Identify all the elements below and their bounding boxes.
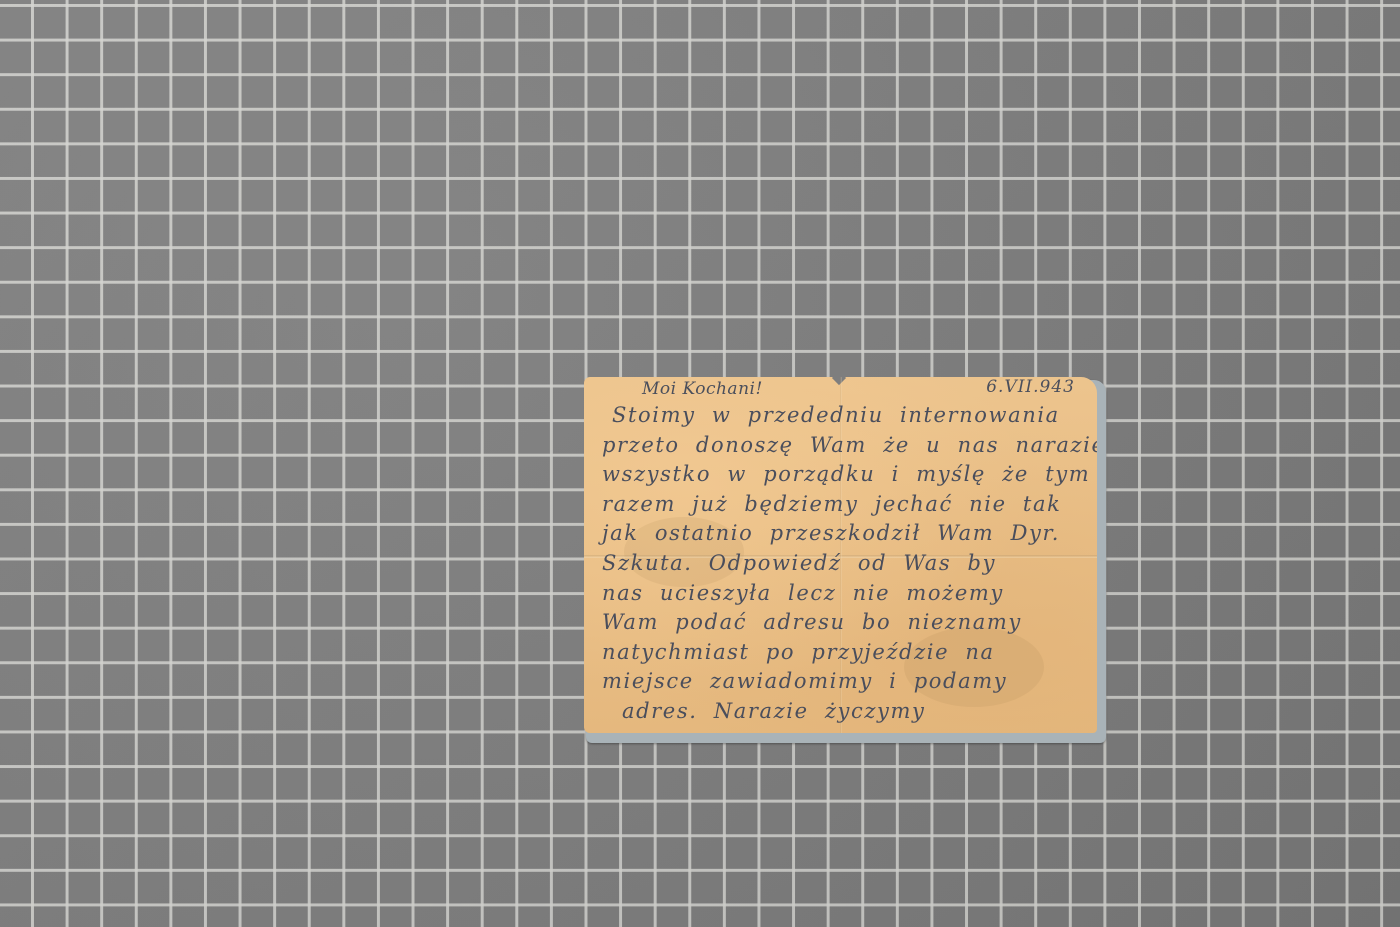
- letter-date: 6.VII.943: [986, 377, 1075, 397]
- handwritten-body: Stoimy w przededniu internowania przeto …: [602, 401, 1082, 727]
- postcard: Moi Kochani! 6.VII.943 Stoimy w przededn…: [584, 377, 1097, 733]
- postcard-top-notch: [832, 377, 846, 385]
- handwritten-line: przeto donoszę Wam że u nas narazie: [602, 431, 1082, 461]
- handwritten-line: miejsce zawiadomimy i podamy: [602, 667, 1082, 697]
- handwritten-line: Stoimy w przededniu internowania: [602, 401, 1082, 431]
- salutation: Moi Kochani!: [642, 379, 763, 399]
- handwritten-line: adres. Narazie życzymy: [602, 697, 1082, 727]
- handwritten-line: razem już będziemy jechać nie tak: [602, 490, 1082, 520]
- handwritten-line: Szkuta. Odpowiedź od Was by: [602, 549, 1082, 579]
- handwritten-line: nas ucieszyła lecz nie możemy: [602, 579, 1082, 609]
- handwritten-line: wszystko w porządku i myślę że tym: [602, 460, 1082, 490]
- handwritten-line: Wam podać adresu bo nieznamy: [602, 608, 1082, 638]
- handwritten-line: jak ostatnio przeszkodził Wam Dyr.: [602, 519, 1082, 549]
- handwritten-line: natychmiast po przyjeździe na: [602, 638, 1082, 668]
